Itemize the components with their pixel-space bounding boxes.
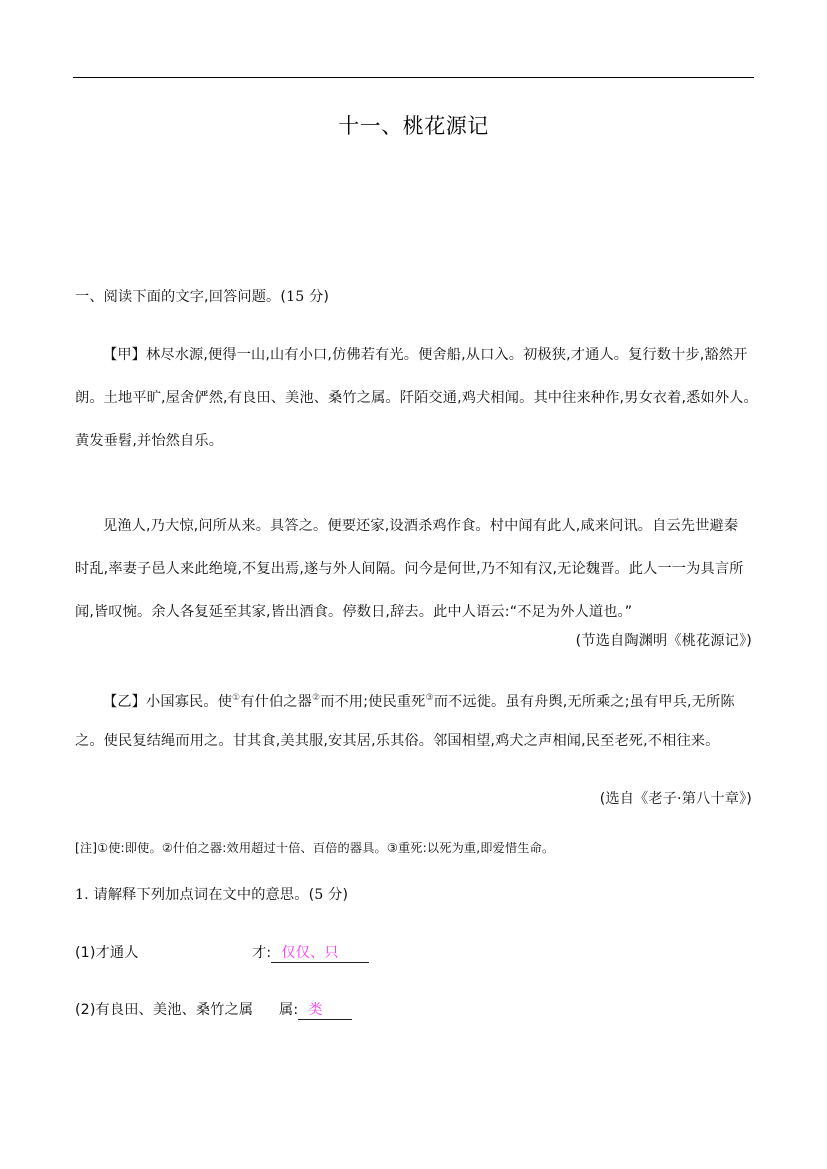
section-heading-text: 一、阅读下面的文字,回答问题。 <box>75 289 280 305</box>
passage-jia-p2-line-3: 闻,皆叹惋。余人各复延至其家,皆出酒食。停数日,辞去。此中人语云:“不足为外人道… <box>75 602 760 622</box>
passage-yi-text-a: 【乙】小国寡民。使 <box>103 694 232 710</box>
passage-jia-p2-line-1: 见渔人,乃大惊,问所从来。具答之。便要还家,设酒杀鸡作食。村中闻有此人,咸来问讯… <box>75 516 788 536</box>
question-score-unit: 分) <box>323 887 348 903</box>
question-1-item-1: (1)才通人才:仅仅、只 <box>75 943 760 963</box>
question-1: 1. 请解释下列加点词在文中的意思。(5 分) <box>75 885 760 905</box>
item-2-answer-field[interactable]: 类 <box>298 1002 352 1020</box>
passage-jia-source: (节选自陶渊明《桃花源记》) <box>75 631 752 651</box>
passage-yi-source: (选自《老子·第八十章》) <box>75 789 752 809</box>
score-unit: 分) <box>304 289 329 305</box>
passage-yi-text-d: 而不远徙。虽有舟舆,无所乘之;虽有甲兵,无所陈 <box>434 694 735 710</box>
passage-jia-line-2: 朗。土地平旷,屋舍俨然,有良田、美池、桑竹之属。阡陌交通,鸡犬相闻。其中往来种作… <box>75 388 760 408</box>
question-number: 1. <box>75 887 89 903</box>
footnote-marker-3: ③ <box>425 693 433 703</box>
score-number: 15 <box>286 289 304 305</box>
item-2-label: (2)有良田、美池、桑竹之属 <box>75 1000 279 1020</box>
item-1-word: 才: <box>252 945 271 961</box>
page-title: 十一、桃花源记 <box>0 110 827 140</box>
passage-yi-text-c: 而不用;使民重死 <box>320 694 425 710</box>
question-1-item-2: (2)有良田、美池、桑竹之属属:类 <box>75 1000 760 1020</box>
footnote-marker-2: ② <box>312 693 320 703</box>
passage-yi-line-2: 之。使民复结绳而用之。甘其食,美其服,安其居,乐其俗。邻国相望,鸡犬之声相闻,民… <box>75 731 760 751</box>
passage-yi-line-1: 【乙】小国寡民。使①有什伯之器②而不用;使民重死③而不远徙。虽有舟舆,无所乘之;… <box>75 688 788 712</box>
annotation-note: [注]①使:即使。②什伯之器:效用超过十倍、百倍的器具。③重死:以死为重,即爱惜… <box>75 838 760 858</box>
passage-yi-text-b: 有什伯之器 <box>240 694 312 710</box>
header-rule <box>73 77 754 78</box>
passage-jia-line-1: 【甲】林尽水源,便得一山,山有小口,仿佛若有光。便舍船,从口入。初极狭,才通人。… <box>75 345 788 365</box>
item-1-label: (1)才通人 <box>75 943 252 963</box>
item-1-answer-field[interactable]: 仅仅、只 <box>271 945 369 963</box>
passage-jia-line-3: 黄发垂髫,并怡然自乐。 <box>75 431 760 451</box>
section-heading: 一、阅读下面的文字,回答问题。(15 分) <box>75 287 760 307</box>
question-text: 请解释下列加点词在文中的意思。( <box>89 887 314 903</box>
item-2-word: 属: <box>279 1002 298 1018</box>
passage-jia-p2-line-2: 时乱,率妻子邑人来此绝境,不复出焉,遂与外人间隔。问今是何世,乃不知有汉,无论魏… <box>75 559 760 579</box>
